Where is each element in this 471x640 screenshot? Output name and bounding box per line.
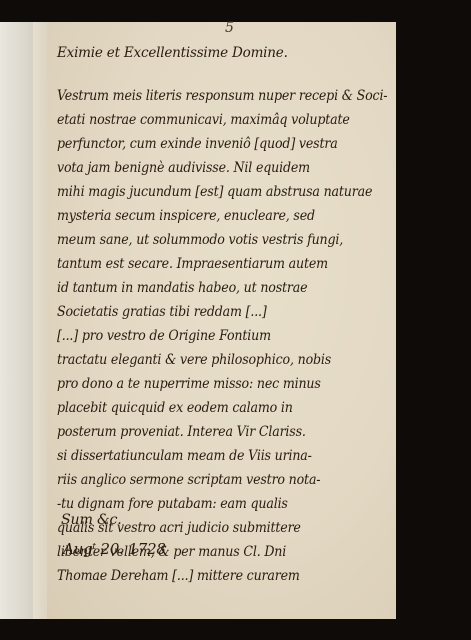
body-line: mysteria secum inspicere, enucleare, sed bbox=[57, 204, 387, 228]
body-line: tantum est secare. Impraesentiarum autem bbox=[57, 252, 387, 276]
body-line: si dissertatiunculam meam de Viis urina- bbox=[57, 444, 387, 468]
body-line: meum sane, ut solummodo votis vestris fu… bbox=[57, 228, 387, 252]
body-line: pro dono a te nuperrime misso: nec minus bbox=[57, 372, 387, 396]
binding-guard-strip bbox=[0, 22, 36, 619]
closing: Sum &c. bbox=[61, 512, 122, 528]
body-line: [...] pro vestro de Origine Fontium bbox=[57, 324, 387, 348]
letter-date: Augᵗ 20. 1728 bbox=[63, 540, 166, 558]
body-line: mihi magis jucundum [est] quam abstrusa … bbox=[57, 180, 387, 204]
folio-number: 5 bbox=[225, 20, 234, 36]
body-line: Vestrum meis literis responsum nuper rec… bbox=[57, 84, 387, 108]
body-line: placebit quicquid ex eodem calamo in bbox=[57, 396, 387, 420]
body-line: perfunctor, cum exinde inveniô [quod] ve… bbox=[57, 132, 387, 156]
body-line: tractatu eleganti & vere philosophico, n… bbox=[57, 348, 387, 372]
body-line: riis anglico sermone scriptam vestro not… bbox=[57, 468, 387, 492]
binding-stub bbox=[33, 22, 48, 619]
body-line: id tantum in mandatis habeo, ut nostrae bbox=[57, 276, 387, 300]
body-line: Thomae Dereham [...] mittere curarem bbox=[57, 564, 387, 588]
body-line: posterum proveniat. Interea Vir Clariss. bbox=[57, 420, 387, 444]
manuscript-page: 5 Eximie et Excellentissime Domine. Vest… bbox=[47, 22, 396, 619]
body-line: etati nostrae communicavi, maximâq volup… bbox=[57, 108, 387, 132]
body-line: vota jam benignè audivisse. Nil equidem bbox=[57, 156, 387, 180]
body-line: Societatis gratias tibi reddam [...] bbox=[57, 300, 387, 324]
salutation: Eximie et Excellentissime Domine. bbox=[57, 45, 288, 61]
